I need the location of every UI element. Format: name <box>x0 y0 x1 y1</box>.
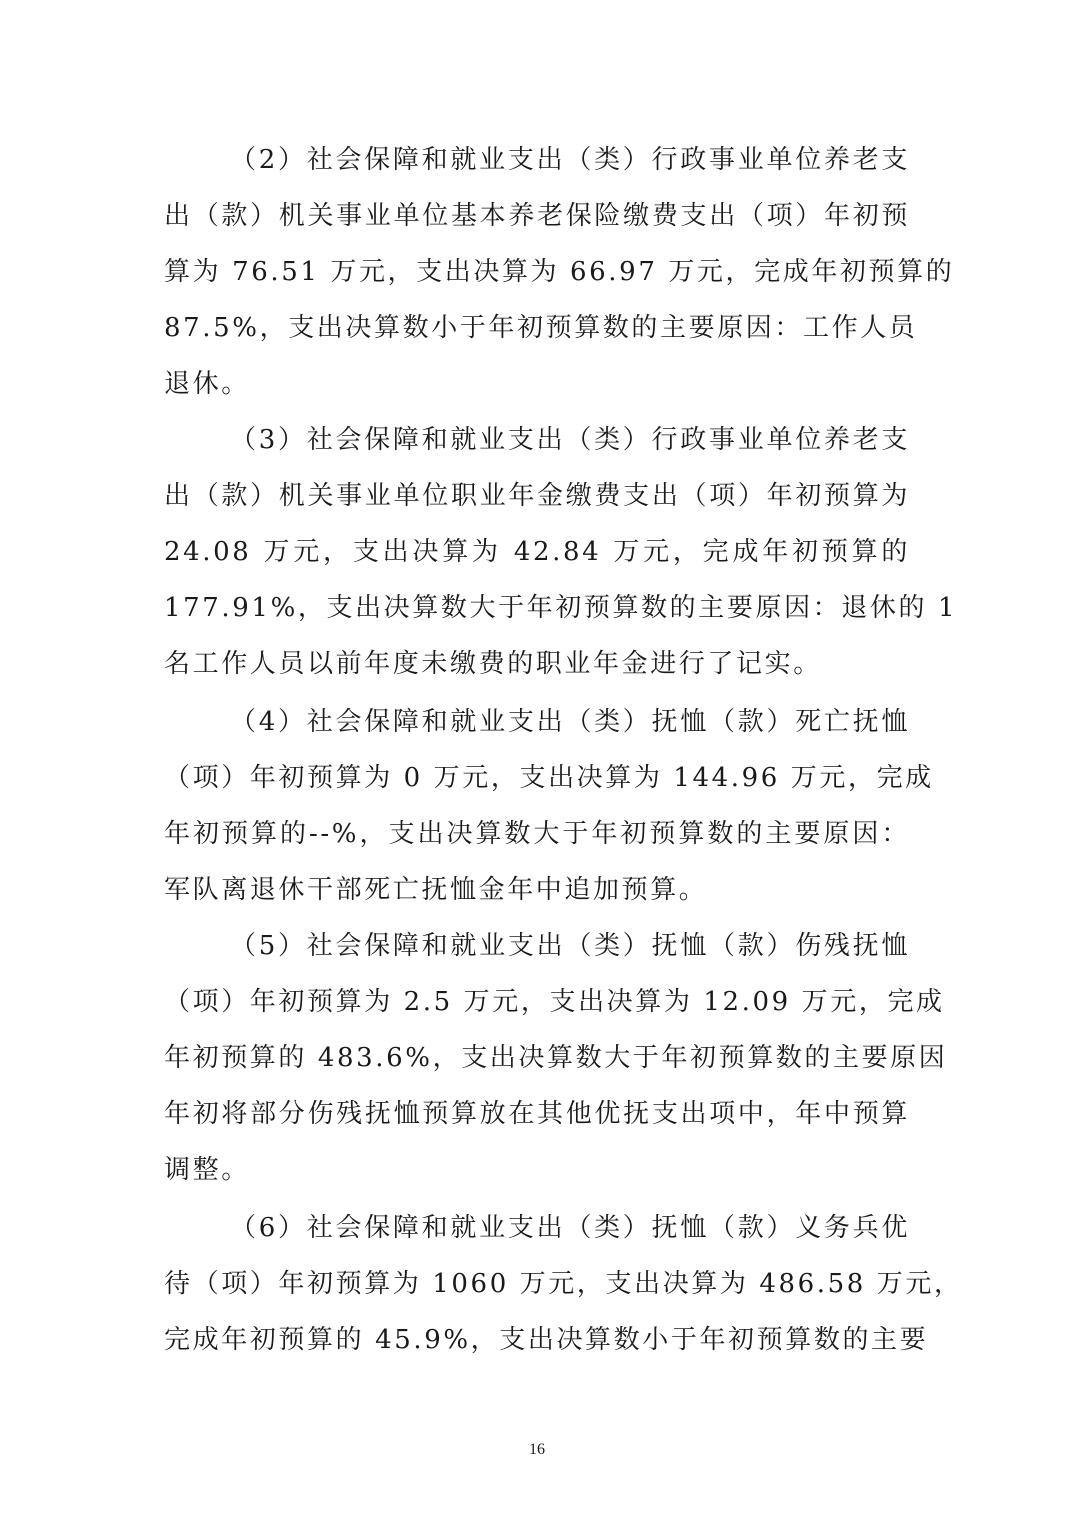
paragraph-item-6-line-2: 待（项）年初预算为 1060 万元，支出决算为 486.58 万元， <box>164 1264 910 1304</box>
paragraph-item-4-line-2: （项）年初预算为 0 万元，支出决算为 144.96 万元，完成 <box>164 758 910 798</box>
paragraph-item-2-line-4: 87.5%，支出决算数小于年初预算数的主要原因：工作人员 <box>164 308 910 348</box>
paragraph-item-2-line-1: （2）社会保障和就业支出（类）行政事业单位养老支 <box>230 140 910 180</box>
paragraph-item-6-line-3: 完成年初预算的 45.9%，支出决算数小于年初预算数的主要 <box>164 1320 910 1360</box>
paragraph-item-2-line-2: 出（款）机关事业单位基本养老保险缴费支出（项）年初预 <box>164 196 910 236</box>
paragraph-item-4-line-3: 年初预算的--%，支出决算数大于年初预算数的主要原因： <box>164 814 910 854</box>
paragraph-item-5-line-4: 年初将部分伤残抚恤预算放在其他优抚支出项中，年中预算 <box>164 1094 910 1134</box>
document-page: （2）社会保障和就业支出（类）行政事业单位养老支 出（款）机关事业单位基本养老保… <box>0 0 1074 1520</box>
page-number: 16 <box>0 1440 1074 1460</box>
paragraph-item-3-line-3: 24.08 万元，支出决算为 42.84 万元，完成年初预算的 <box>164 532 910 572</box>
paragraph-item-3-line-2: 出（款）机关事业单位职业年金缴费支出（项）年初预算为 <box>164 476 910 516</box>
paragraph-item-5-line-5: 调整。 <box>164 1150 910 1190</box>
paragraph-item-4-line-1: （4）社会保障和就业支出（类）抚恤（款）死亡抚恤 <box>230 702 910 742</box>
paragraph-item-3-line-4: 177.91%，支出决算数大于年初预算数的主要原因：退休的 1 <box>164 588 910 628</box>
paragraph-item-5-line-2: （项）年初预算为 2.5 万元，支出决算为 12.09 万元，完成 <box>164 982 910 1022</box>
paragraph-item-3-line-1: （3）社会保障和就业支出（类）行政事业单位养老支 <box>230 420 910 460</box>
paragraph-item-5-line-1: （5）社会保障和就业支出（类）抚恤（款）伤残抚恤 <box>230 926 910 966</box>
paragraph-item-4-line-4: 军队离退休干部死亡抚恤金年中追加预算。 <box>164 870 910 910</box>
paragraph-item-6-line-1: （6）社会保障和就业支出（类）抚恤（款）义务兵优 <box>230 1208 910 1248</box>
paragraph-item-5-line-3: 年初预算的 483.6%，支出决算数大于年初预算数的主要原因 <box>164 1038 910 1078</box>
paragraph-item-2-line-5: 退休。 <box>164 364 910 404</box>
paragraph-item-3-line-5: 名工作人员以前年度未缴费的职业年金进行了记实。 <box>164 644 910 684</box>
paragraph-item-2-line-3: 算为 76.51 万元，支出决算为 66.97 万元，完成年初预算的 <box>164 252 910 292</box>
